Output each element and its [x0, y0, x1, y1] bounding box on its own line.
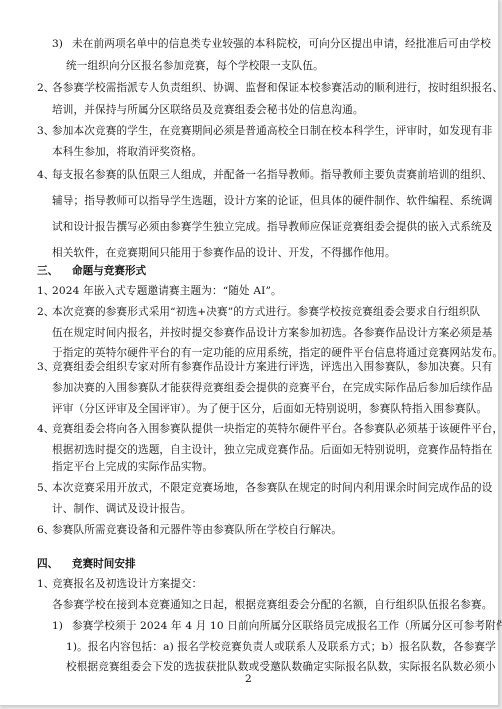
paragraph-line: 伍在规定时间内报名，并按时提交参赛作品设计方案参加初选。各参赛作品设计方案必须是…: [52, 326, 493, 340]
list-marker: 3): [52, 37, 63, 51]
paragraph-line: 校根据竞赛组委会下发的选拔获批队数或受邀队数确定实际报名队数，实际报名队数必须小: [66, 660, 496, 674]
paragraph-line: 评审（分区评审及全国评审）。为了便于区分，后面如无特别说明，参赛队特指入围参赛队…: [52, 402, 487, 416]
paragraph-line: 竞赛组委会将向各入围参赛队提供一块指定的英特尔硬件平台。各参赛队必须基于该硬件平…: [52, 422, 502, 436]
list-marker: 1): [52, 619, 63, 633]
paragraph-line: 辅导；指导教师可以指导学生选题，设计方案的论证，但具体的硬件制作、软件编程、系统…: [52, 194, 493, 208]
paragraph-line: 参加决赛的入围参赛队才能获得竞赛组委会提供的竞赛平台，在完成实际作品后参加后续作…: [52, 381, 493, 395]
paragraph-line: 本科生参加，将取消评奖资格。: [52, 145, 202, 159]
paragraph-line: 试和设计报告撰写必须由参赛学生独立完成。指导教师应保证竞赛组委会提供的嵌入式系统…: [52, 220, 493, 234]
paragraph-line: 2024 年嵌入式专题邀请赛主题为：“随处 AI”。: [52, 284, 282, 298]
paragraph-line: 根据初选时提交的选题，自主设计，独立完成竞赛作品。后面如无特别说明，竞赛作品特指…: [52, 443, 493, 457]
document-page: 3) 未在前两项名单中的信息类专业较强的本科院校，可向分区提出申请，经批准后可由…: [0, 0, 499, 706]
paragraph-line: 指定平台上完成的实际作品实物。: [52, 460, 213, 474]
section-title: 竞赛时间安排: [72, 557, 136, 571]
paragraph-line: 计、制作、调试及设计报告。: [52, 502, 192, 516]
paragraph-line: 未在前两项名单中的信息类专业较强的本科院校，可向分区提出申请，经批准后可由学校: [72, 37, 491, 51]
paragraph-line: 参赛队所需竞赛设备和元器件等由参赛队所在学校自行解决。: [52, 523, 342, 537]
paragraph-line: 1)。报名内容包括：a) 报名学校竞赛负责人或联系人及联系方式；b）报名队数，各…: [66, 640, 496, 654]
paragraph-line: 每支报名参赛的队伍限三人组成，并配备一名指导教师。指导教师主要负责赛前培训的组织…: [52, 168, 493, 182]
paragraph-line: 参赛学校须于 2024 年 4 月 10 日前向所属分区联络员完成报名工作（所属…: [72, 619, 502, 633]
section-title: 命题与竞赛形式: [72, 264, 146, 278]
paragraph-line: 相关软件，在竞赛期间只能用于参赛作品的设计、开发，不得挪作他用。: [52, 246, 396, 260]
section-number: 三、: [37, 264, 58, 278]
paragraph-line: 竞赛组委会组织专家对所有参赛作品设计方案进行评选，评选出入围参赛队，参加决赛。只…: [52, 360, 493, 374]
paragraph-line: 各参赛学校需指派专人负责组织、协调、监督和保证本校参赛活动的顺利进行，按时组织报…: [52, 81, 502, 95]
paragraph-line: 培训，并保持与所属分区联络员及竞赛组委会秘书处的信息沟通。: [52, 103, 364, 117]
page-number: 2: [245, 672, 252, 686]
paragraph-line: 统一组织向分区报名参加竞赛，每个学校限一支队伍。: [66, 59, 324, 73]
section-number: 四、: [37, 557, 58, 571]
paragraph-line: 各参赛学校在接到本竞赛通知之日起，根据竞赛组委会分配的名额，自行组织队伍报名参赛…: [52, 598, 493, 612]
paragraph-line: 本次竞赛采用开放式，不限定竞赛场地，各参赛队在规定的时间内利用课余时间完成作品的…: [52, 481, 493, 495]
paragraph-line: 参加本次竞赛的学生，在竞赛期间必须是普通高校全日制在校本科学生，评审时，如发现有…: [52, 124, 493, 138]
paragraph-line: 本次竞赛的参赛形式采用“初选+决赛”的方式进行。参赛学校按竞赛组委会要求自行组织…: [52, 305, 480, 319]
paragraph-line: 竞赛报名及初选设计方案提交：: [52, 577, 202, 591]
paragraph-line: 于指定的英特尔硬件平台的有一定功能的应用系统，指定的硬件平台信息将通过竞赛网站发…: [52, 346, 502, 360]
